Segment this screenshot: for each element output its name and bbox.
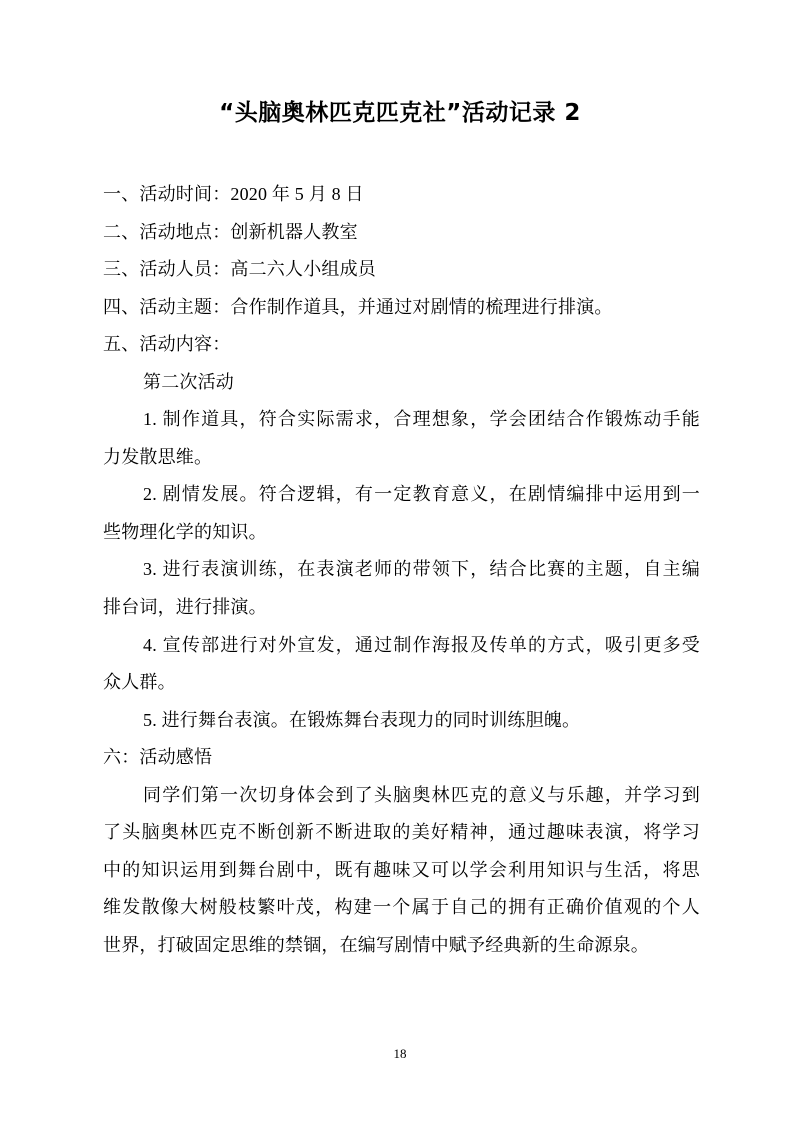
document-title: “头脑奥林匹克匹克社”活动记录 2 xyxy=(0,97,800,129)
page-number: 18 xyxy=(394,1046,407,1061)
document-body: 一、活动时间：2020 年 5 月 8 日 二、活动地点：创新机器人教室 三、活… xyxy=(103,176,700,964)
body-line-activity-time: 一、活动时间：2020 年 5 月 8 日 xyxy=(103,176,700,214)
body-line-activity-people: 三、活动人员：高二六人小组成员 xyxy=(103,251,700,289)
body-line-item1-b: 力发散思维。 xyxy=(103,439,700,477)
body-line-session-label: 第二次活动 xyxy=(103,364,700,402)
page-footer: 18 xyxy=(0,1045,800,1063)
body-line-activity-place: 二、活动地点：创新机器人教室 xyxy=(103,214,700,252)
body-line-item5: 5. 进行舞台表演。在锻炼舞台表现力的同时训练胆魄。 xyxy=(103,702,700,740)
body-line-item1-a: 1. 制作道具，符合实际需求，合理想象，学会团结合作锻炼动手能 xyxy=(103,401,700,439)
body-line-reflection-label: 六：活动感悟 xyxy=(103,739,700,777)
document-page: “头脑奥林匹克匹克社”活动记录 2 一、活动时间：2020 年 5 月 8 日 … xyxy=(0,0,800,1131)
body-line-item4-b: 众人群。 xyxy=(103,664,700,702)
body-line-reflection-5: 世界，打破固定思维的禁锢，在编写剧情中赋予经典新的生命源泉。 xyxy=(103,927,700,965)
body-line-reflection-4: 维发散像大树般枝繁叶茂，构建一个属于自己的拥有正确价值观的个人 xyxy=(103,889,700,927)
body-line-reflection-1: 同学们第一次切身体会到了头脑奥林匹克的意义与乐趣，并学习到 xyxy=(103,777,700,815)
body-line-reflection-2: 了头脑奥林匹克不断创新不断进取的美好精神，通过趣味表演，将学习 xyxy=(103,814,700,852)
body-line-item3-b: 排台词，进行排演。 xyxy=(103,589,700,627)
body-line-item4-a: 4. 宣传部进行对外宣发，通过制作海报及传单的方式，吸引更多受 xyxy=(103,627,700,665)
body-line-activity-content: 五、活动内容： xyxy=(103,326,700,364)
body-line-item3-a: 3. 进行表演训练，在表演老师的带领下，结合比赛的主题，自主编 xyxy=(103,551,700,589)
body-line-activity-theme: 四、活动主题：合作制作道具，并通过对剧情的梳理进行排演。 xyxy=(103,289,700,327)
body-line-item2-a: 2. 剧情发展。符合逻辑，有一定教育意义，在剧情编排中运用到一 xyxy=(103,476,700,514)
body-line-item2-b: 些物理化学的知识。 xyxy=(103,514,700,552)
body-line-reflection-3: 中的知识运用到舞台剧中，既有趣味又可以学会利用知识与生活，将思 xyxy=(103,852,700,890)
